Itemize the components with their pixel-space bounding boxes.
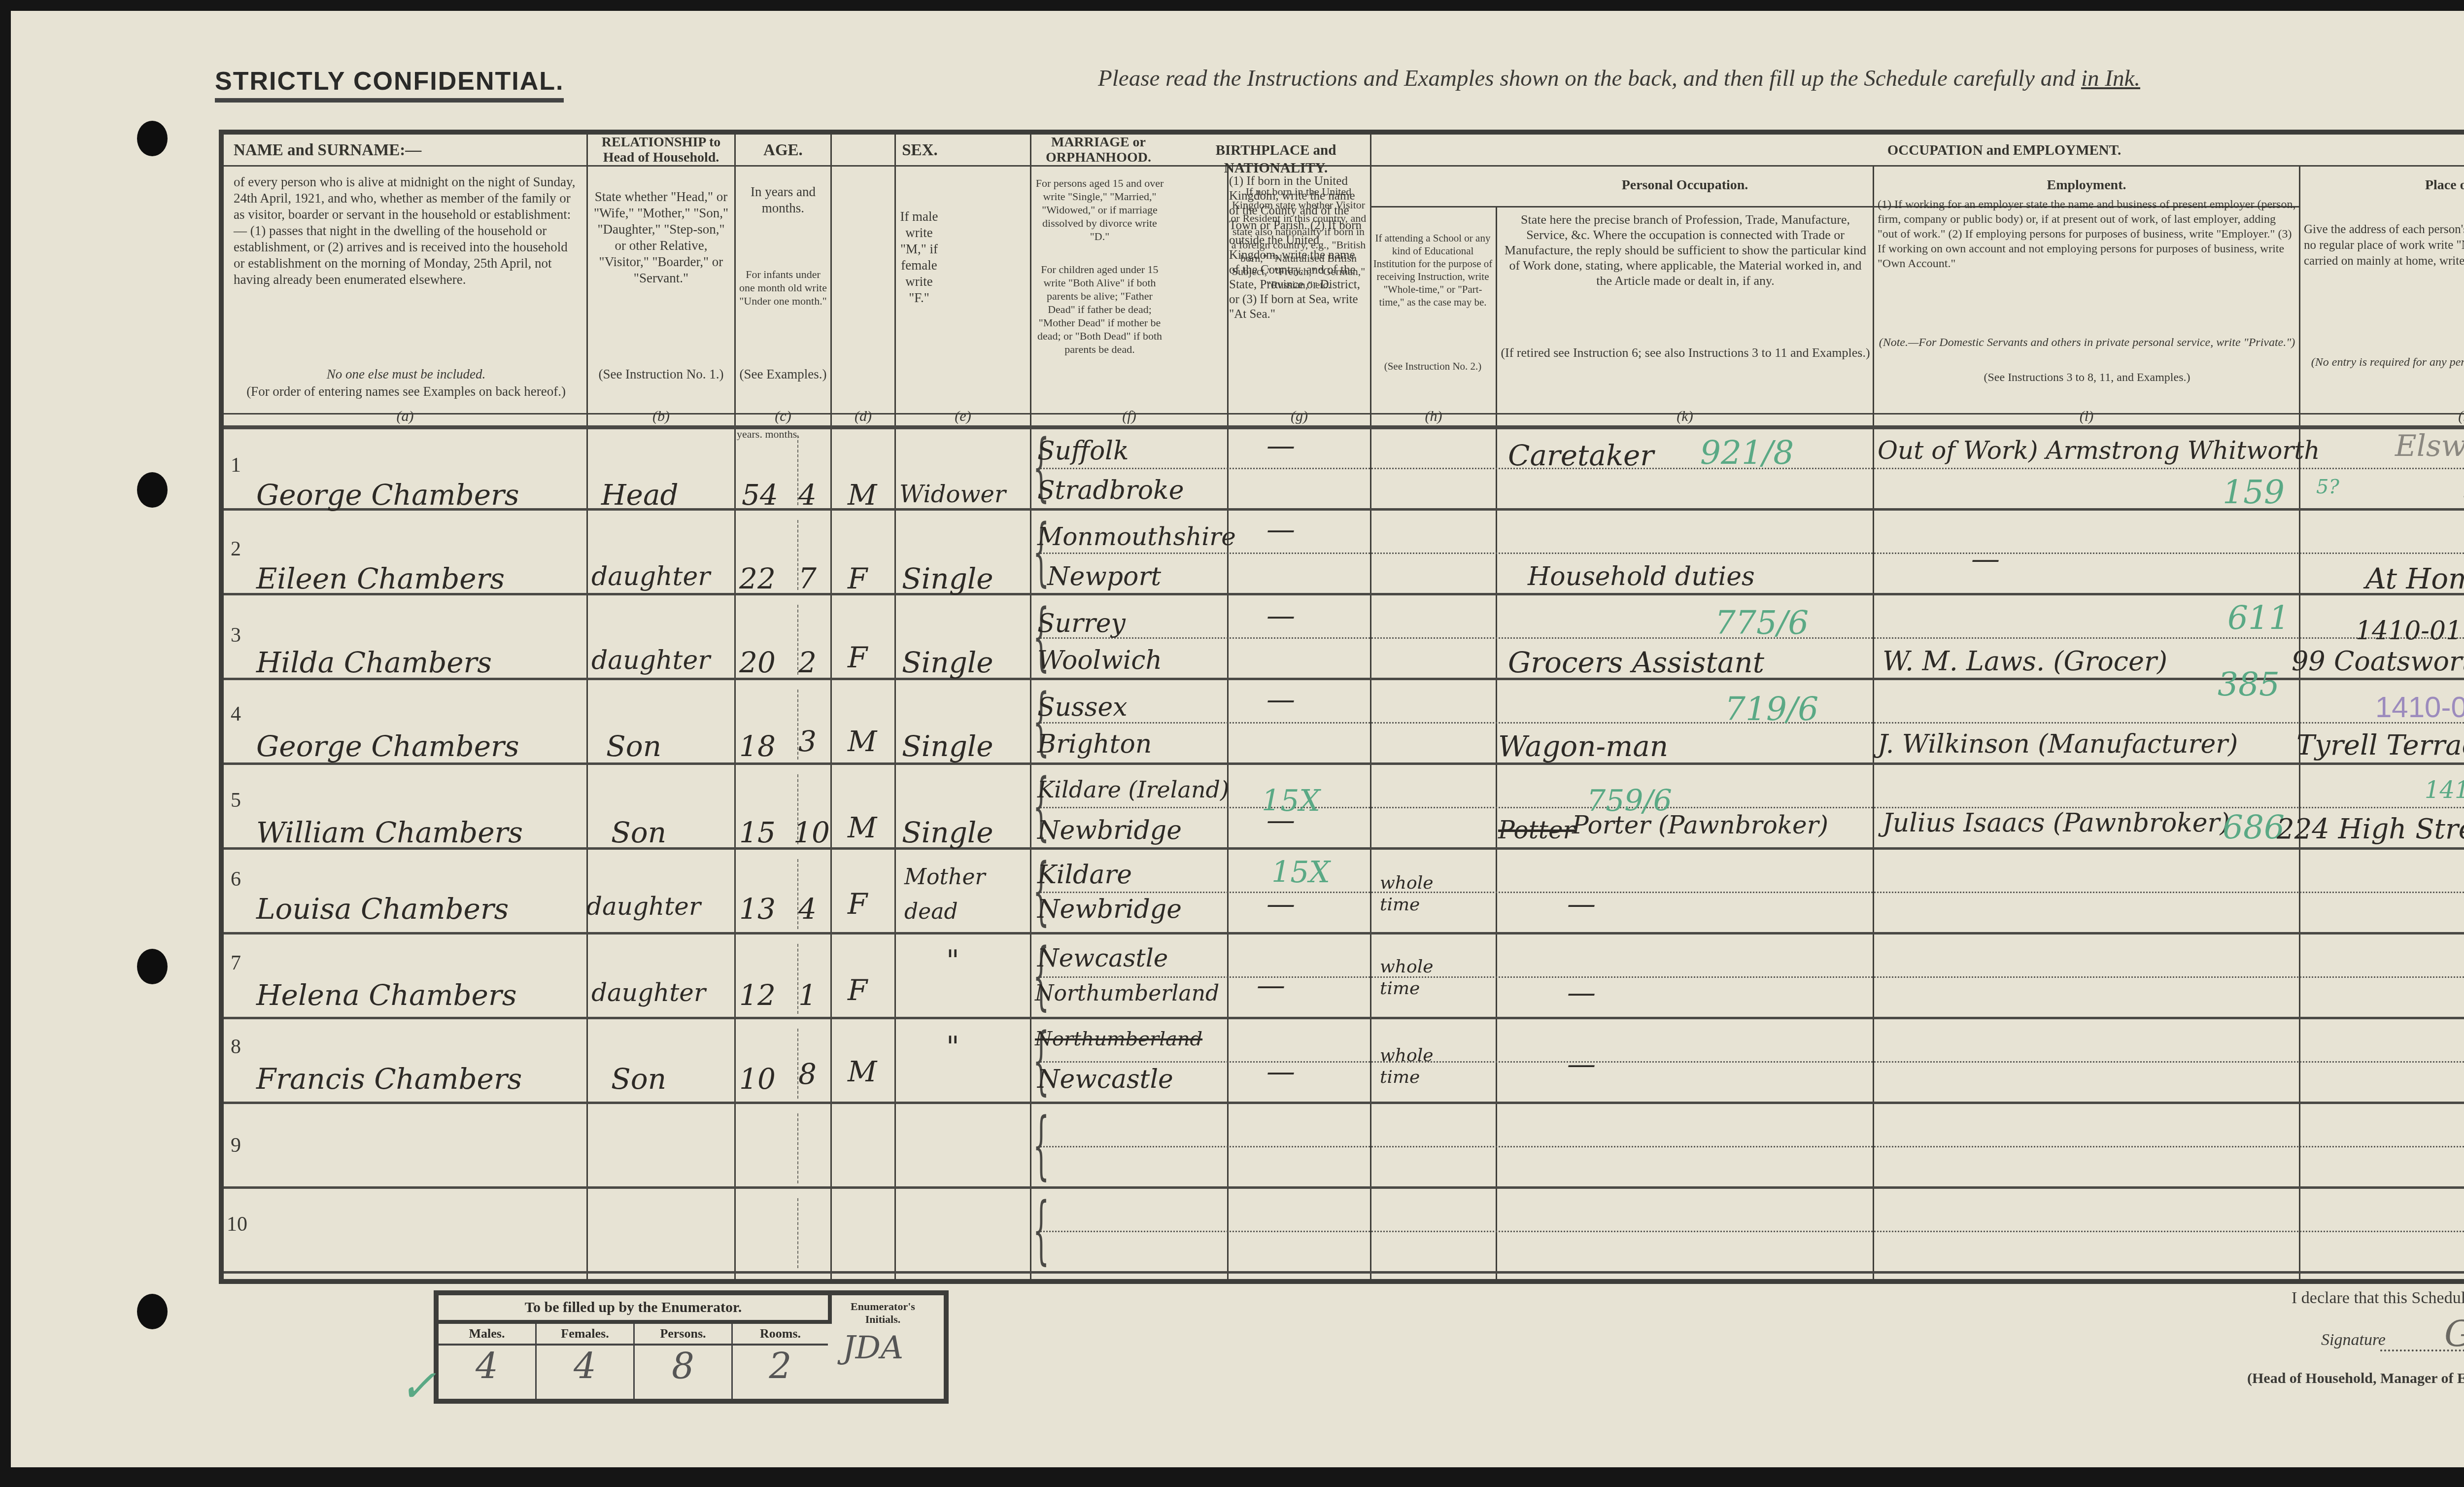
employment-cell[interactable]: J. Wilkinson (Manufacturer) xyxy=(1878,729,2238,759)
instr-relationship: State whether "Head," or "Wife," "Mother… xyxy=(593,189,729,286)
header-occupation: OCCUPATION and EMPLOYMENT. xyxy=(1372,141,2464,159)
ink-emphasis: in Ink. xyxy=(2081,66,2140,91)
name-cell[interactable]: Helena Chambers xyxy=(256,978,516,1012)
age-split xyxy=(797,1113,798,1183)
declaration-text: I declare that this Schedule is correctl… xyxy=(2292,1289,2464,1308)
age-years-cell[interactable]: 12 xyxy=(739,978,776,1012)
header-age: AGE. xyxy=(736,141,830,159)
instr-marriage-note: For children aged under 15 write "Both A… xyxy=(1034,263,1165,356)
sex-cell[interactable]: F xyxy=(848,973,867,1007)
birthplace-town-cell[interactable]: Newbridge xyxy=(1037,816,1182,845)
workplace-cell[interactable]: Tyrell Terrace xyxy=(2296,729,2464,761)
age-months-cell[interactable]: 7 xyxy=(798,562,817,595)
name-cell[interactable]: Hilda Chambers xyxy=(256,646,492,679)
education-cell[interactable]: whole time xyxy=(1380,956,1478,1000)
workplace-code: 141000 xyxy=(2425,776,2464,804)
age-months-cell[interactable]: 2 xyxy=(798,646,817,679)
punch-hole xyxy=(137,472,168,508)
enumerator-box: To be filled up by the Enumerator. Enume… xyxy=(434,1290,949,1404)
workplace-cell[interactable]: 99 Coatsworth Rd xyxy=(2292,646,2464,677)
header-employment: Employment. xyxy=(1875,176,2298,194)
col-divider xyxy=(586,135,588,1279)
row-mid-rule xyxy=(1040,1061,2464,1063)
col-letter-f: (f) xyxy=(1031,408,1227,425)
birthplace-town-cell[interactable]: Newport xyxy=(1047,562,1161,591)
relationship-cell[interactable]: Son xyxy=(611,1062,666,1096)
nationality-cell[interactable]: — xyxy=(1266,429,1295,462)
signature: George Chambers xyxy=(2444,1314,2464,1355)
sex-cell[interactable]: F xyxy=(848,562,867,595)
age-months-cell[interactable]: 10 xyxy=(793,816,830,849)
col-divider xyxy=(734,135,736,1279)
brace-icon: { xyxy=(1033,1193,1049,1267)
occupation-code: 719/6 xyxy=(1725,690,1818,728)
col-letter-h: (h) xyxy=(1371,408,1496,425)
row-number: 1 xyxy=(231,453,241,477)
birthplace-county-cell[interactable]: Northumberland xyxy=(1035,1028,1202,1050)
col-letter-l: (l) xyxy=(1874,408,2299,425)
row-mid-rule xyxy=(1040,553,2464,554)
marriage-cell[interactable]: Single xyxy=(902,816,993,849)
instr-relationship-foot: (See Instruction No. 1.) xyxy=(593,366,729,382)
birthplace-county-cell[interactable]: Suffolk xyxy=(1037,436,1129,466)
signature-label: Signature xyxy=(2321,1331,2386,1349)
age-months-cell[interactable]: 3 xyxy=(798,725,817,758)
row-rule xyxy=(224,1271,2464,1274)
age-split xyxy=(797,1198,798,1268)
occupation-cell[interactable]: Household duties xyxy=(1528,562,1755,591)
age-months-cell[interactable]: 8 xyxy=(798,1057,817,1091)
age-months-cell[interactable]: 1 xyxy=(798,978,817,1012)
age-years-cell[interactable]: 18 xyxy=(739,729,776,763)
col-letter-g: (g) xyxy=(1229,408,1370,425)
name-cell[interactable]: William Chambers xyxy=(256,816,523,849)
sex-cell[interactable]: M xyxy=(848,478,877,512)
row-number: 6 xyxy=(231,867,241,891)
header-rule-thick xyxy=(224,425,2464,429)
employment-cell[interactable]: — xyxy=(1971,542,2000,576)
employment-code: 686 xyxy=(2223,808,2285,846)
header-personal-occupation: Personal Occupation. xyxy=(1498,176,1872,194)
row-mid-rule xyxy=(1040,976,2464,978)
birthplace-town-cell[interactable]: Brighton xyxy=(1037,729,1152,759)
birthplace-town-cell[interactable]: Newbridge xyxy=(1037,895,1182,924)
workplace-code: 1410-01 xyxy=(2356,616,2462,646)
row-rule xyxy=(224,1102,2464,1104)
marriage-cell[interactable]: Single xyxy=(902,729,993,763)
birthplace-county-cell[interactable]: Newcastle xyxy=(1037,944,1168,972)
header-name: NAME and SURNAME:— xyxy=(234,141,431,159)
occupation-cell[interactable]: Caretaker xyxy=(1508,439,1654,472)
punch-hole xyxy=(137,121,168,156)
occupation-code: 775/6 xyxy=(1715,604,1809,642)
census-table: NAME and SURNAME:— RELATIONSHIP to Head … xyxy=(219,130,2464,1284)
marriage-cell[interactable]: Widower xyxy=(899,481,1006,508)
employment-code: 159 xyxy=(2223,473,2285,511)
instr-education-foot: (See Instruction No. 2.) xyxy=(1372,360,1493,373)
females-label: Females. xyxy=(537,1324,633,1346)
row-mid-rule xyxy=(1040,1231,2464,1232)
relationship-cell[interactable]: daughter xyxy=(586,892,701,921)
education-cell[interactable]: whole time xyxy=(1380,872,1478,916)
row-number: 9 xyxy=(231,1134,241,1157)
row-rule xyxy=(224,678,2464,680)
name-cell[interactable]: Eileen Chambers xyxy=(256,562,505,595)
nationality-cell[interactable]: — xyxy=(1266,599,1295,632)
occupation-code: 921/8 xyxy=(1700,434,1794,472)
row-mid-rule xyxy=(1040,892,2464,893)
nationality-cell[interactable]: — xyxy=(1257,968,1285,1002)
row-number: 7 xyxy=(231,951,241,975)
workplace-cell[interactable]: 224 High Street xyxy=(2277,813,2464,845)
header-sex: SEX. xyxy=(896,141,943,159)
header-birthplace: BIRTHPLACE and NATIONALITY. xyxy=(1032,141,1372,177)
relationship-cell[interactable]: daughter xyxy=(591,646,710,675)
enumerator-initials: JDA xyxy=(843,1330,903,1366)
instr-age-note: For infants under one month old write "U… xyxy=(739,268,827,308)
relationship-cell[interactable]: Head xyxy=(601,478,679,512)
punch-hole xyxy=(137,1294,168,1329)
row-number: 5 xyxy=(231,789,241,812)
sex-cell[interactable]: M xyxy=(848,811,877,844)
employment-cell[interactable]: W. M. Laws. (Grocer) xyxy=(1882,646,2167,677)
occupation-cell[interactable]: — xyxy=(1567,887,1596,921)
instr-age: In years and months. xyxy=(739,184,827,216)
sex-cell[interactable]: F xyxy=(848,641,867,674)
name-cell[interactable]: Francis Chambers xyxy=(256,1062,522,1096)
occupation-cell[interactable]: Porter (Pawnbroker) xyxy=(1572,811,1828,839)
punch-hole xyxy=(137,949,168,984)
persons-label: Persons. xyxy=(635,1324,731,1346)
birthplace-town-cell[interactable]: Newcastle xyxy=(1037,1065,1173,1094)
name-cell[interactable]: George Chambers xyxy=(256,729,519,763)
relationship-cell[interactable]: daughter xyxy=(591,562,710,591)
education-cell[interactable]: whole time xyxy=(1380,1045,1478,1088)
col-divider xyxy=(1370,135,1371,1279)
workplace-cell[interactable]: At Home xyxy=(2365,562,2464,595)
brace-icon: { xyxy=(1033,1108,1049,1182)
age-years-cell[interactable]: 10 xyxy=(739,1062,776,1096)
nationality-code: 15X xyxy=(1262,784,1320,818)
name-cell[interactable]: George Chambers xyxy=(256,478,519,512)
green-tick-icon: ✓ xyxy=(399,1360,436,1412)
employment-code: 385 xyxy=(2218,665,2280,703)
enumerator-box-header: To be filled up by the Enumerator. xyxy=(439,1295,832,1324)
rooms-value: 2 xyxy=(733,1346,828,1387)
row-number: 2 xyxy=(231,537,241,561)
instr-marriage: For persons aged 15 and over write "Sing… xyxy=(1034,176,1165,243)
instr-nationality: If not born in the United Kingdom state … xyxy=(1230,185,1368,291)
instr-workplace: Give the address of each person's place … xyxy=(2304,222,2464,269)
col-divider xyxy=(894,135,896,1279)
males-value: 4 xyxy=(439,1346,535,1387)
col-letter-c: (c) xyxy=(736,408,830,425)
row-number: 8 xyxy=(231,1035,241,1059)
instr-occupation: State here the precise branch of Profess… xyxy=(1501,212,1870,288)
instr-sex: If male write "M," if female write "F." xyxy=(897,208,941,306)
row-rule xyxy=(224,1017,2464,1019)
row-mid-rule xyxy=(1040,1146,2464,1147)
occupation-cell[interactable]: — xyxy=(1567,1047,1596,1081)
col-letter-a: (a) xyxy=(224,408,586,425)
sex-cell[interactable]: M xyxy=(848,1055,877,1088)
sex-cell[interactable]: M xyxy=(848,725,877,758)
birthplace-county-cell[interactable]: Kildare (Ireland) xyxy=(1037,776,1229,803)
age-years-cell[interactable]: 54 xyxy=(742,478,778,512)
col-divider xyxy=(1030,135,1031,1279)
marriage-cell[interactable]: " xyxy=(946,1030,959,1064)
age-subheader: years. months. xyxy=(737,428,800,441)
instr-employment-note: (Note.—For Domestic Servants and others … xyxy=(1878,335,2296,350)
nationality-cell[interactable]: — xyxy=(1266,1055,1295,1088)
males-column: Males. 4 xyxy=(439,1324,537,1399)
col-letter-d: (d) xyxy=(832,408,894,425)
birthplace-town-cell[interactable]: Northumberland xyxy=(1035,981,1219,1006)
age-months-cell[interactable]: 4 xyxy=(798,478,817,512)
instr-employment: (1) If working for an employer state the… xyxy=(1878,197,2296,271)
nationality-cell[interactable]: — xyxy=(1266,683,1295,716)
col-divider xyxy=(830,135,832,1279)
age-years-cell[interactable]: 20 xyxy=(739,646,776,679)
nationality-cell[interactable]: — xyxy=(1266,513,1295,546)
employment-code: 611 xyxy=(2227,599,2290,637)
birthplace-county-cell[interactable]: Kildare xyxy=(1037,860,1132,890)
instruction-line: Please read the Instructions and Example… xyxy=(1098,65,2140,92)
col-letter-b: (b) xyxy=(588,408,734,425)
row-number: 10 xyxy=(227,1212,247,1236)
birthplace-county-cell[interactable]: Surrey xyxy=(1037,609,1126,638)
age-months-cell[interactable]: 4 xyxy=(798,892,817,926)
row-rule xyxy=(224,508,2464,511)
signature-caption: (Head of Household, Manager of Establish… xyxy=(2247,1370,2464,1387)
enumerator-counts: Males. 4 Females. 4 Persons. 8 Rooms. 2 xyxy=(439,1324,832,1399)
age-years-cell[interactable]: 15 xyxy=(739,816,776,849)
instr-workplace-note: (No entry is required for any person who… xyxy=(2304,355,2464,370)
workplace-cell[interactable]: Elswick xyxy=(2395,429,2464,463)
occupation-cell[interactable]: — xyxy=(1567,976,1596,1009)
marriage-cell[interactable]: Mother dead xyxy=(904,860,1018,929)
males-label: Males. xyxy=(439,1324,535,1346)
occupation-cell[interactable]: Grocers Assistant xyxy=(1508,646,1764,679)
rooms-label: Rooms. xyxy=(733,1324,828,1346)
row-rule xyxy=(224,847,2464,850)
col-letter-e: (e) xyxy=(896,408,1030,425)
workplace-code: 5? xyxy=(2316,476,2339,498)
age-years-cell[interactable]: 13 xyxy=(739,892,776,926)
nationality-code: 15X xyxy=(1271,855,1330,890)
row-rule xyxy=(224,1186,2464,1189)
instr-name: of every person who is alive at midnight… xyxy=(234,174,579,288)
occupation-cell[interactable]: Wagon-man xyxy=(1498,729,1668,763)
row-number: 4 xyxy=(231,702,241,726)
birthplace-county-cell[interactable]: Monmouthshire xyxy=(1037,522,1236,551)
col-letter-m: (m) xyxy=(2300,408,2464,425)
workplace-stamp: 1410-06 xyxy=(2375,690,2464,724)
instr-employment-foot: (See Instructions 3 to 8, 11, and Exampl… xyxy=(1878,370,2296,386)
occupation-struck: Potter xyxy=(1498,816,1574,844)
persons-column: Persons. 8 xyxy=(635,1324,733,1399)
marriage-cell[interactable]: " xyxy=(946,944,959,977)
sex-cell[interactable]: F xyxy=(848,887,867,921)
relationship-cell[interactable]: Son xyxy=(611,816,666,849)
instr-name-note: No one else must be included. xyxy=(234,366,579,382)
birthplace-town-cell[interactable]: Stradbroke xyxy=(1037,476,1184,505)
instr-education: If attending a School or any kind of Edu… xyxy=(1372,232,1493,309)
employment-cell[interactable]: Julius Isaacs (Pawnbroker) xyxy=(1882,808,2230,838)
row-rule xyxy=(224,762,2464,765)
instr-age-foot: (See Examples.) xyxy=(739,366,827,382)
col-divider xyxy=(1496,207,1497,1279)
rooms-column: Rooms. 2 xyxy=(733,1324,828,1399)
row-rule xyxy=(224,593,2464,595)
employment-cell[interactable]: Out of Work) Armstrong Whitworth xyxy=(1878,436,2320,465)
relationship-cell[interactable]: daughter xyxy=(591,978,706,1007)
marriage-cell[interactable]: Single xyxy=(902,646,993,679)
row-rule xyxy=(224,932,2464,934)
persons-value: 8 xyxy=(635,1346,731,1387)
name-cell[interactable]: Louisa Chambers xyxy=(256,892,509,926)
relationship-cell[interactable]: Son xyxy=(606,729,661,763)
marriage-cell[interactable]: Single xyxy=(902,562,993,595)
nationality-cell[interactable]: — xyxy=(1266,887,1295,921)
instr-occupation-foot: (If retired see Instruction 6; see also … xyxy=(1501,345,1870,360)
females-value: 4 xyxy=(537,1346,633,1387)
instr-name-foot: (For order of entering names see Example… xyxy=(234,383,579,400)
birthplace-county-cell[interactable]: Sussex xyxy=(1037,692,1128,722)
row-number: 3 xyxy=(231,623,241,647)
instruction-text: Please read the Instructions and Example… xyxy=(1098,66,2081,91)
age-years-cell[interactable]: 22 xyxy=(739,562,776,595)
page-title: STRICTLY CONFIDENTIAL. xyxy=(215,67,564,103)
col-letter-k: (k) xyxy=(1497,408,1873,425)
header-place-of-work: Place of Work. xyxy=(2301,176,2464,194)
header-relationship: RELATIONSHIP to Head of Household. xyxy=(588,135,734,165)
birthplace-town-cell[interactable]: Woolwich xyxy=(1037,646,1162,675)
females-column: Females. 4 xyxy=(537,1324,635,1399)
